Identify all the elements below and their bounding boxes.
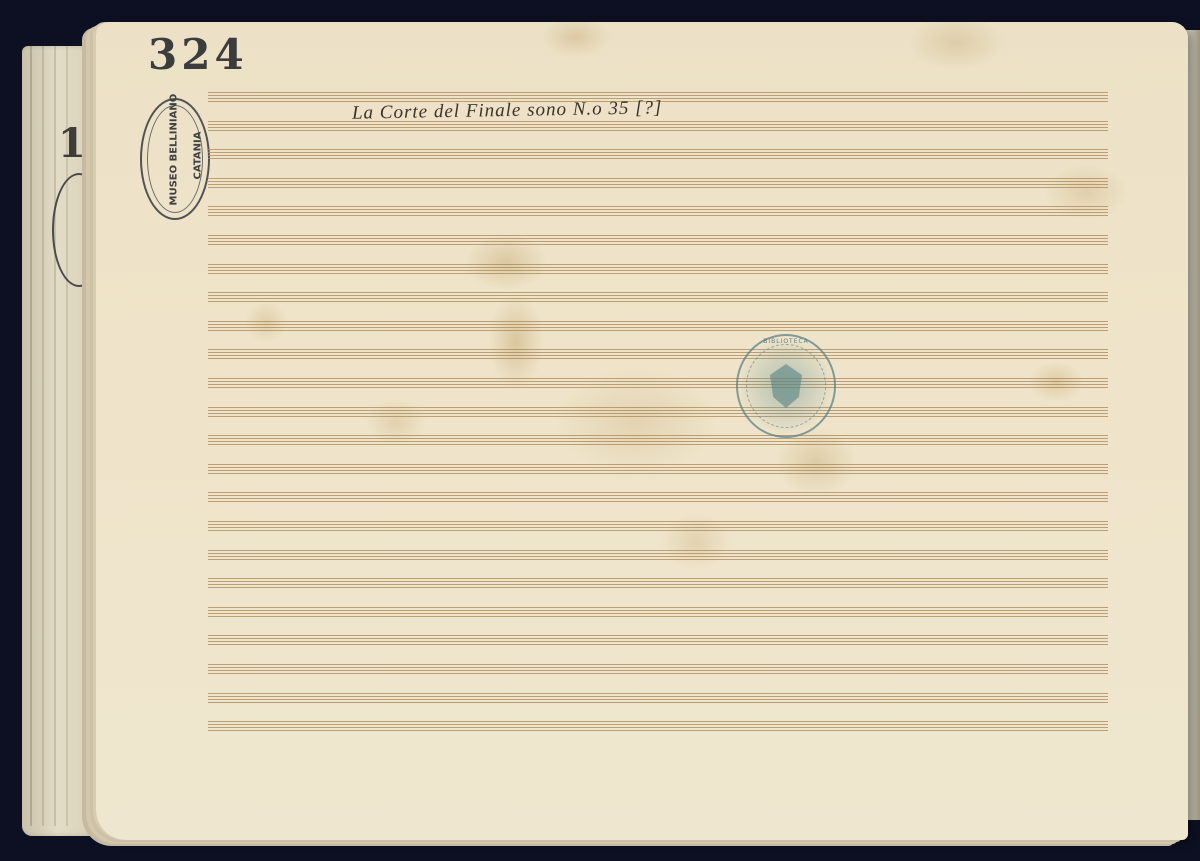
- staff: [208, 407, 1108, 419]
- stamp-text-city: CATANIA: [193, 106, 204, 206]
- staff: [208, 521, 1108, 533]
- staff: [208, 264, 1108, 276]
- stamp-text-museum: MUSEO BELLINIANO: [169, 106, 180, 206]
- staff: [208, 121, 1108, 133]
- staff: [208, 378, 1108, 390]
- staff: [208, 235, 1108, 247]
- museo-belliniano-stamp: MUSEO BELLINIANO CATANIA: [140, 98, 210, 220]
- staff: [208, 607, 1108, 619]
- staff: [208, 721, 1108, 733]
- staff: [208, 321, 1108, 333]
- staff: [208, 149, 1108, 161]
- staff: [208, 206, 1108, 218]
- seal-label: BIBLIOTECA: [738, 338, 834, 345]
- staff: [208, 349, 1108, 361]
- staff: [208, 435, 1108, 447]
- staff: [208, 178, 1108, 190]
- staff: [208, 578, 1108, 590]
- staff: [208, 292, 1108, 304]
- catalog-number: 324: [148, 30, 248, 79]
- staff: [208, 492, 1108, 504]
- staff: [208, 635, 1108, 647]
- manuscript-page: 324 MUSEO BELLINIANO CATANIA La Corte de…: [96, 22, 1188, 840]
- library-seal-stamp: BIBLIOTECA: [736, 334, 836, 438]
- staff: [208, 693, 1108, 705]
- staff: [208, 464, 1108, 476]
- staff: [208, 550, 1108, 562]
- staff: [208, 664, 1108, 676]
